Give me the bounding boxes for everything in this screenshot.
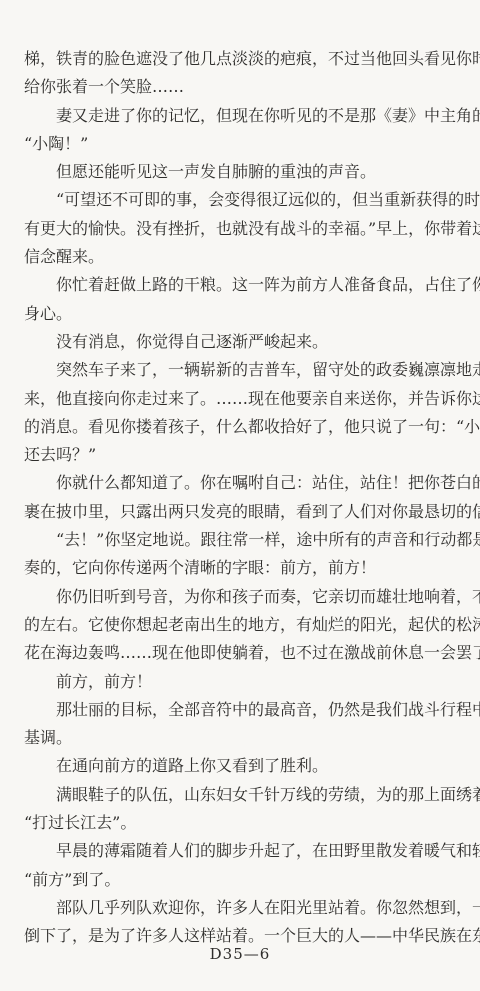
- text-line: “前方”到了。: [24, 866, 457, 894]
- text-block: 梯，铁青的脸色遮没了他几点淡淡的疤痕，不过当他回头看见你时，还给你张着一个笑脸……: [24, 45, 457, 951]
- text-line: 部队几乎列队欢迎你，许多人在阳光里站着。你忽然想到，一个人: [24, 894, 457, 922]
- text-line: 在通向前方的道路上你又看到了胜利。: [24, 752, 457, 780]
- text-line: “可望还不可即的事，会变得很辽远似的，但当重新获得的时候，会: [24, 186, 457, 214]
- text-line: 满眼鞋子的队伍，山东妇女千针万线的劳绩，为的那上面绣着的: [24, 781, 457, 809]
- text-line: “去！”你坚定地说。跟往常一样，途中所有的声音和行动都是有节: [24, 526, 457, 554]
- text-line: 的消息。看见你搂着孩子，什么都收拾好了，他只说了一句：“小陶，你: [24, 413, 457, 441]
- text-line: 身心。: [24, 300, 457, 328]
- text-line: 你仍旧听到号音，为你和孩子而奏，它亲切而雄壮地响着，不离你: [24, 583, 457, 611]
- text-line: 来，他直接向你走过来了。……现在他要亲自来送你，并告诉你这不幸: [24, 385, 457, 413]
- text-line: 你就什么都知道了。你在嘱咐自己：站住，站住！把你苍白的脸孔: [24, 469, 457, 497]
- text-line: 妻又走进了你的记忆，但现在你听见的不是那《妻》中主角的昵称：: [24, 102, 457, 130]
- text-line: 但愿还能听见这一声发自肺腑的重浊的声音。: [24, 158, 457, 186]
- text-line: 基调。: [24, 724, 457, 752]
- scanned-document-page: 梯，铁青的脸色遮没了他几点淡淡的疤痕，不过当他回头看见你时，还给你张着一个笑脸……: [0, 0, 480, 991]
- text-line: 信念醒来。: [24, 243, 457, 271]
- text-line: “小陶！”: [24, 130, 457, 158]
- text-line: 还去吗？”: [24, 441, 457, 469]
- text-line: 早晨的薄霜随着人们的脚步升起了，在田野里散发着暖气和轻烟，: [24, 837, 457, 865]
- text-line: 梯，铁青的脸色遮没了他几点淡淡的疤痕，不过当他回头看见你时，还: [24, 45, 457, 73]
- text-line: 你忙着赶做上路的干粮。这一阵为前方人准备食品，占住了你的: [24, 271, 457, 299]
- text-line: 的左右。它使你想起老南出生的地方，有灿烂的阳光，起伏的松涛，浪: [24, 611, 457, 639]
- page-footer: D35—6: [0, 945, 480, 963]
- text-line: 突然车子来了，一辆崭新的吉普车，留守处的政委巍凛凛地走了下: [24, 356, 457, 384]
- text-line: 有更大的愉快。没有挫折，也就没有战斗的幸福。”早上，你带着这样的: [24, 215, 457, 243]
- text-line: 给你张着一个笑脸……: [24, 73, 457, 101]
- text-line: 前方，前方！: [24, 668, 457, 696]
- text-line: 那壮丽的目标，全部音符中的最高音，仍然是我们战斗行程中的: [24, 696, 457, 724]
- text-line: 花在海边轰鸣……现在他即使躺着，也不过在激战前休息一会罢了。: [24, 639, 457, 667]
- text-line: “打过长江去”。: [24, 809, 457, 837]
- text-line: 没有消息，你觉得自己逐渐严峻起来。: [24, 328, 457, 356]
- text-line: 裹在披巾里，只露出两只发亮的眼睛，看到了人们对你最恳切的信任。: [24, 498, 457, 526]
- text-line: 奏的，它向你传递两个清晰的字眼：前方，前方！: [24, 554, 457, 582]
